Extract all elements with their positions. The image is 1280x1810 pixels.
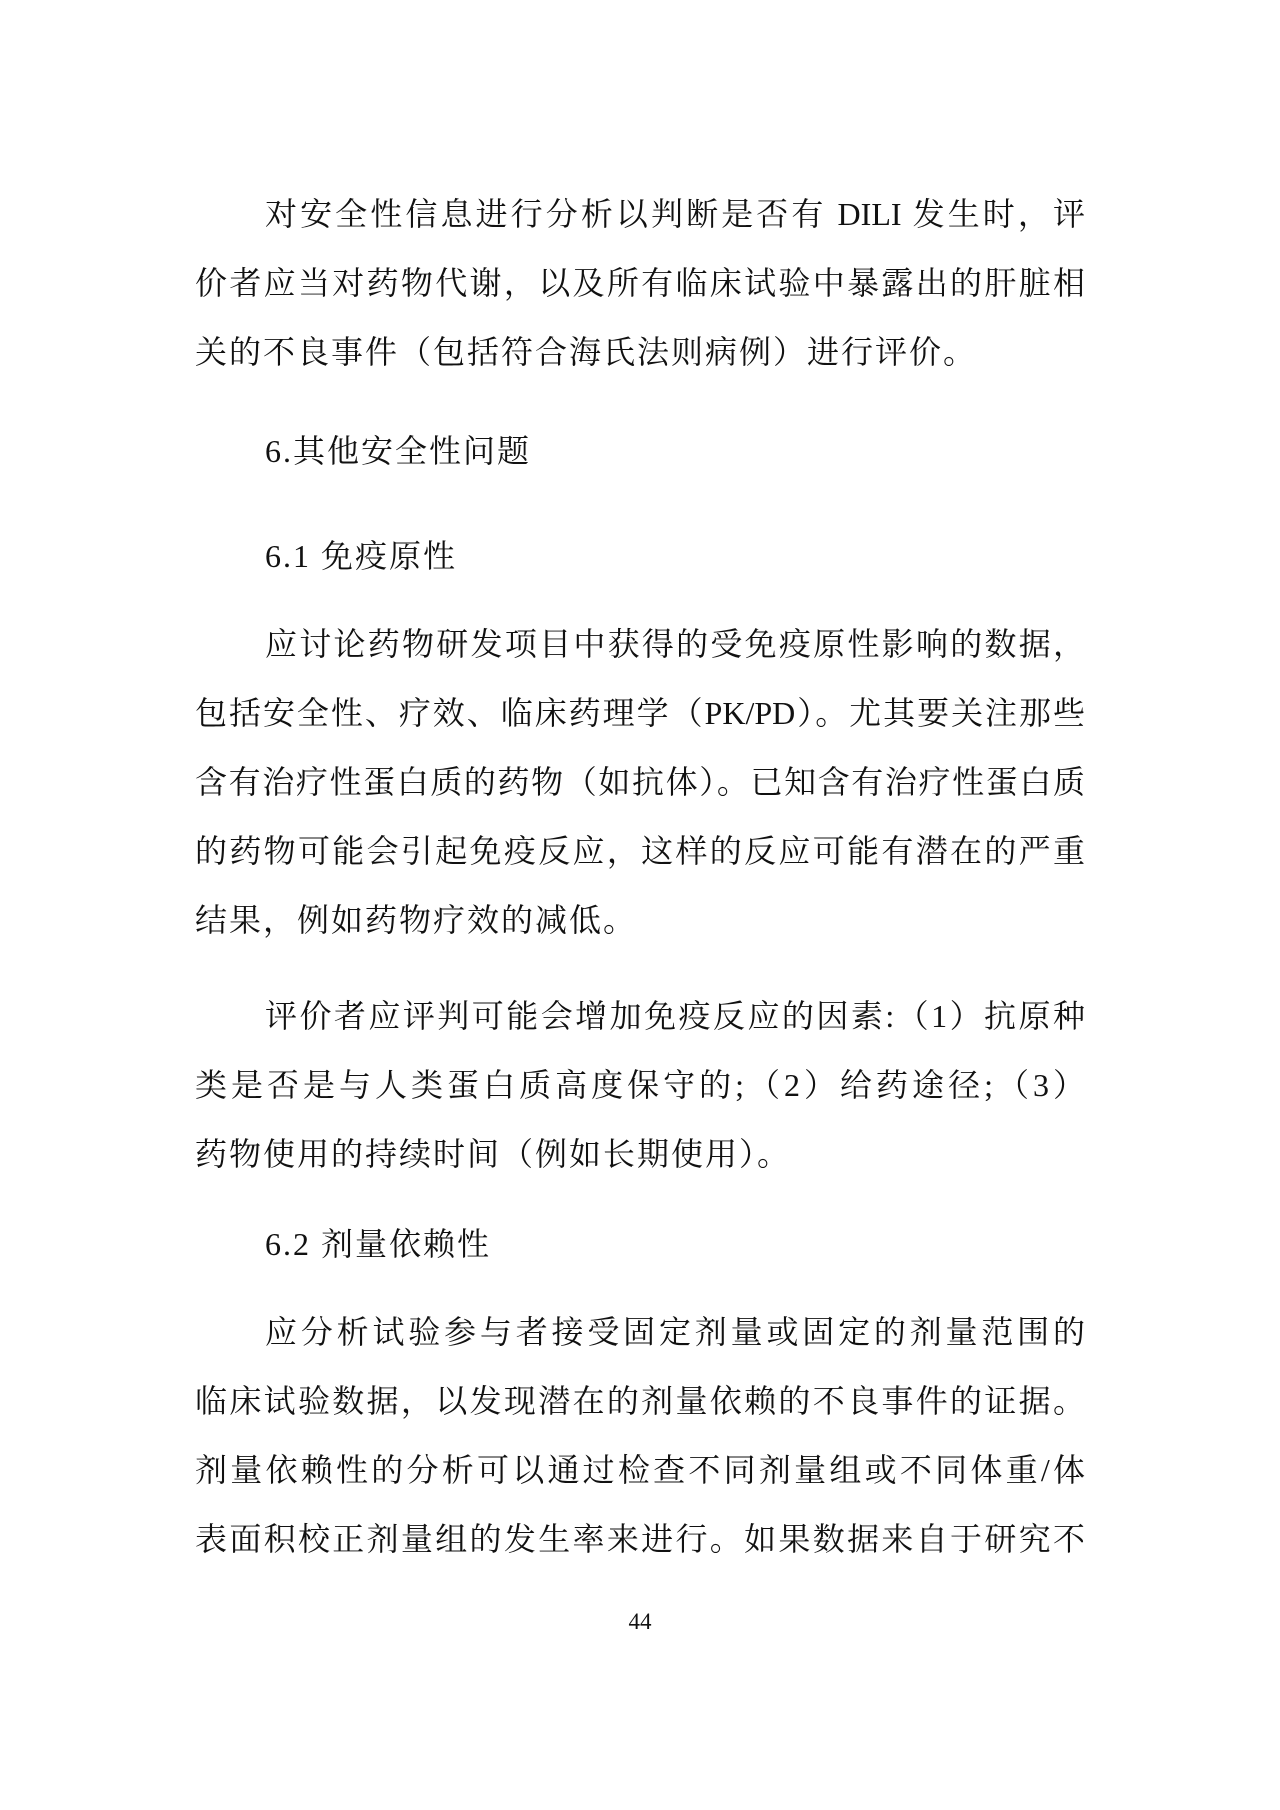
paragraph-dose-dependency-analysis: 应分析试验参与者接受固定剂量或固定的剂量范围的 临床试验数据，以发现潜在的剂量依…	[195, 1298, 1085, 1574]
text-line: 类是否是与人类蛋白质高度保守的;（2）给药途径;（3）	[195, 1051, 1085, 1120]
paragraph-dili-evaluation: 对安全性信息进行分析以判断是否有 DILI 发生时，评 价者应当对药物代谢，以及…	[195, 180, 1085, 387]
text-line: 对安全性信息进行分析以判断是否有 DILI 发生时，评	[195, 180, 1085, 249]
section-heading-6-2-dose-dependency: 6.2 剂量依赖性	[195, 1210, 1085, 1279]
text-line: 包括安全性、疗效、临床药理学（PK/PD）。尤其要关注那些	[195, 679, 1085, 748]
text-line: 价者应当对药物代谢，以及所有临床试验中暴露出的肝脏相	[195, 249, 1085, 318]
section-heading-6-other-safety-issues: 6.其他安全性问题	[195, 417, 1085, 486]
text-line: 关的不良事件（包括符合海氏法则病例）进行评价。	[195, 318, 1085, 387]
text-line: 含有治疗性蛋白质的药物（如抗体）。已知含有治疗性蛋白质	[195, 748, 1085, 817]
text-line: 表面积校正剂量组的发生率来进行。如果数据来自于研究不	[195, 1505, 1085, 1574]
document-page: 对安全性信息进行分析以判断是否有 DILI 发生时，评 价者应当对药物代谢，以及…	[0, 0, 1280, 1810]
text-line: 结果，例如药物疗效的减低。	[195, 886, 1085, 955]
text-line: 剂量依赖性的分析可以通过检查不同剂量组或不同体重/体	[195, 1436, 1085, 1505]
text-line: 应讨论药物研发项目中获得的受免疫原性影响的数据，	[195, 610, 1085, 679]
text-line: 的药物可能会引起免疫反应，这样的反应可能有潜在的严重	[195, 817, 1085, 886]
text-line: 应分析试验参与者接受固定剂量或固定的剂量范围的	[195, 1298, 1085, 1367]
text-line: 评价者应评判可能会增加免疫反应的因素:（1）抗原种	[195, 982, 1085, 1051]
text-line: 药物使用的持续时间（例如长期使用）。	[195, 1120, 1085, 1189]
paragraph-immunogenicity-data: 应讨论药物研发项目中获得的受免疫原性影响的数据， 包括安全性、疗效、临床药理学（…	[195, 610, 1085, 955]
document-body: 对安全性信息进行分析以判断是否有 DILI 发生时，评 价者应当对药物代谢，以及…	[195, 180, 1085, 1574]
section-heading-6-1-immunogenicity: 6.1 免疫原性	[195, 522, 1085, 591]
text-line: 临床试验数据，以发现潜在的剂量依赖的不良事件的证据。	[195, 1367, 1085, 1436]
page-number: 44	[0, 1602, 1280, 1642]
paragraph-immune-response-factors: 评价者应评判可能会增加免疫反应的因素:（1）抗原种 类是否是与人类蛋白质高度保守…	[195, 982, 1085, 1189]
